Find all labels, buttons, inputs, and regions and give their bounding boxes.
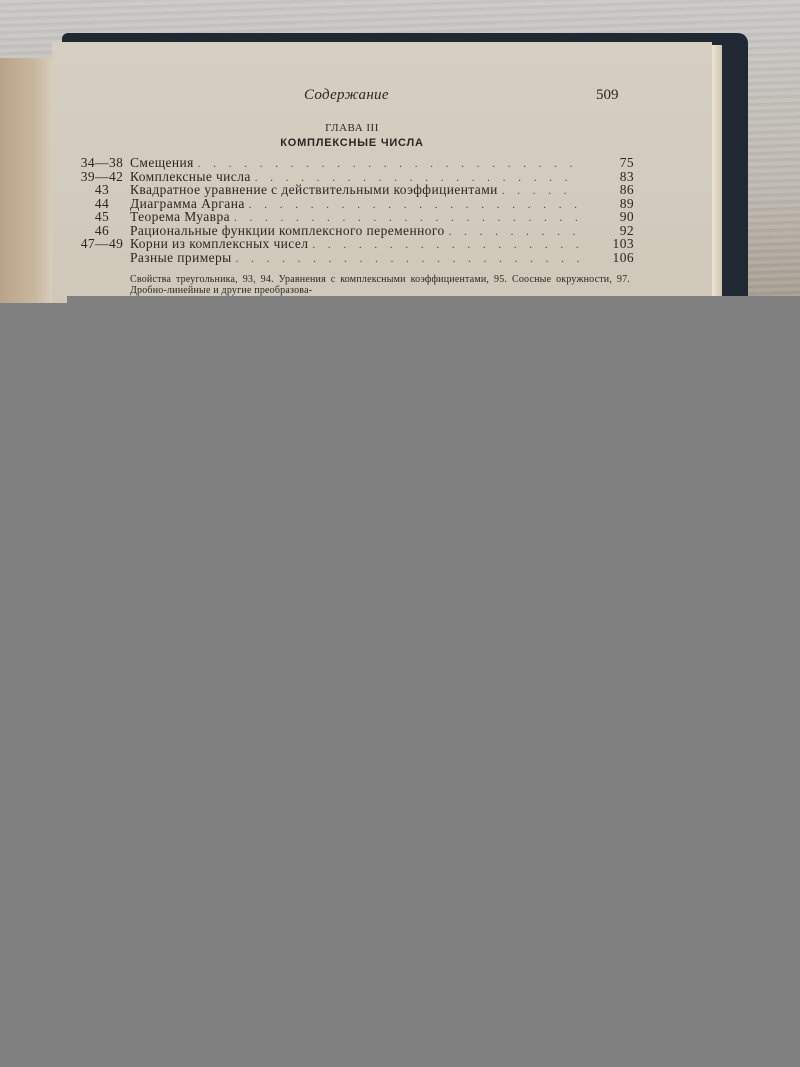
toc-title: Комплексные числа	[130, 170, 251, 184]
toc-title: Корни из комплексных чисел	[130, 237, 308, 251]
toc-entry: 43 Квадратное уравнение с действительным…	[74, 183, 634, 197]
toc-entry: 39—42 Комплексные числа . . . . . . . . …	[74, 170, 634, 184]
running-head: Содержание	[304, 87, 389, 104]
toc-section-range: 39—42	[74, 170, 130, 184]
left-page-edge	[0, 58, 58, 308]
toc-section-range: 45	[74, 210, 130, 224]
toc-section-range: 46	[74, 224, 130, 238]
toc-page: 89	[584, 197, 634, 211]
redaction-overlay	[0, 303, 800, 1067]
chapter-label: ГЛАВА III	[52, 122, 652, 134]
table-of-contents: 34—38 Смещения . . . . . . . . . . . . .…	[74, 156, 634, 264]
toc-page: 75	[584, 156, 634, 170]
toc-section-range: 44	[74, 197, 130, 211]
toc-section-range: 47—49	[74, 237, 130, 251]
toc-section-range: 43	[74, 183, 130, 197]
toc-section-range: 34—38	[74, 156, 130, 170]
toc-entry: 46 Рациональные функции комплексного пер…	[74, 224, 634, 238]
toc-leader-dots: . . . . . . . . . . . . . . . . . . . . …	[198, 158, 580, 172]
toc-title: Теорема Муавра	[130, 210, 230, 224]
toc-entry: Разные примеры . . . . . . . . . . . . .…	[74, 251, 634, 265]
toc-entry: 44 Диаграмма Аргана . . . . . . . . . . …	[74, 197, 634, 211]
toc-title: Смещения	[130, 156, 194, 170]
page-number: 509	[596, 87, 619, 104]
toc-entry: 47—49 Корни из комплексных чисел . . . .…	[74, 237, 634, 251]
toc-leader-dots: . . . . . . . . . . . . . . . . . . . . …	[249, 199, 580, 213]
toc-page: 90	[584, 210, 634, 224]
toc-title: Диаграмма Аргана	[130, 197, 245, 211]
toc-title: Квадратное уравнение с действительными к…	[130, 183, 498, 197]
toc-entry: 34—38 Смещения . . . . . . . . . . . . .…	[74, 156, 634, 170]
toc-title: Рациональные функции комплексного переме…	[130, 224, 445, 238]
toc-leader-dots: . . . . . . . . . . . . . . . . . . . . …	[236, 253, 580, 267]
toc-subtopics: Свойства треугольника, 93, 94. Уравнения…	[130, 274, 630, 296]
toc-page: 106	[584, 251, 634, 265]
toc-leader-dots: . . . . . . . . . . . . . . . . . . . . …	[449, 226, 580, 240]
book-page: Содержание 509 ГЛАВА III КОМПЛЕКСНЫЕ ЧИС…	[52, 42, 712, 310]
chapter-title: КОМПЛЕКСНЫЕ ЧИСЛА	[52, 137, 652, 149]
toc-title: Разные примеры	[130, 251, 232, 265]
toc-page: 92	[584, 224, 634, 238]
toc-leader-dots: . . . . . . . . . . . . . . . . . . . . …	[502, 185, 580, 199]
toc-leader-dots: . . . . . . . . . . . . . . . . . . . . …	[312, 239, 580, 253]
toc-page: 83	[584, 170, 634, 184]
toc-entry: 45 Теорема Муавра . . . . . . . . . . . …	[74, 210, 634, 224]
toc-page: 86	[584, 183, 634, 197]
toc-page: 103	[584, 237, 634, 251]
